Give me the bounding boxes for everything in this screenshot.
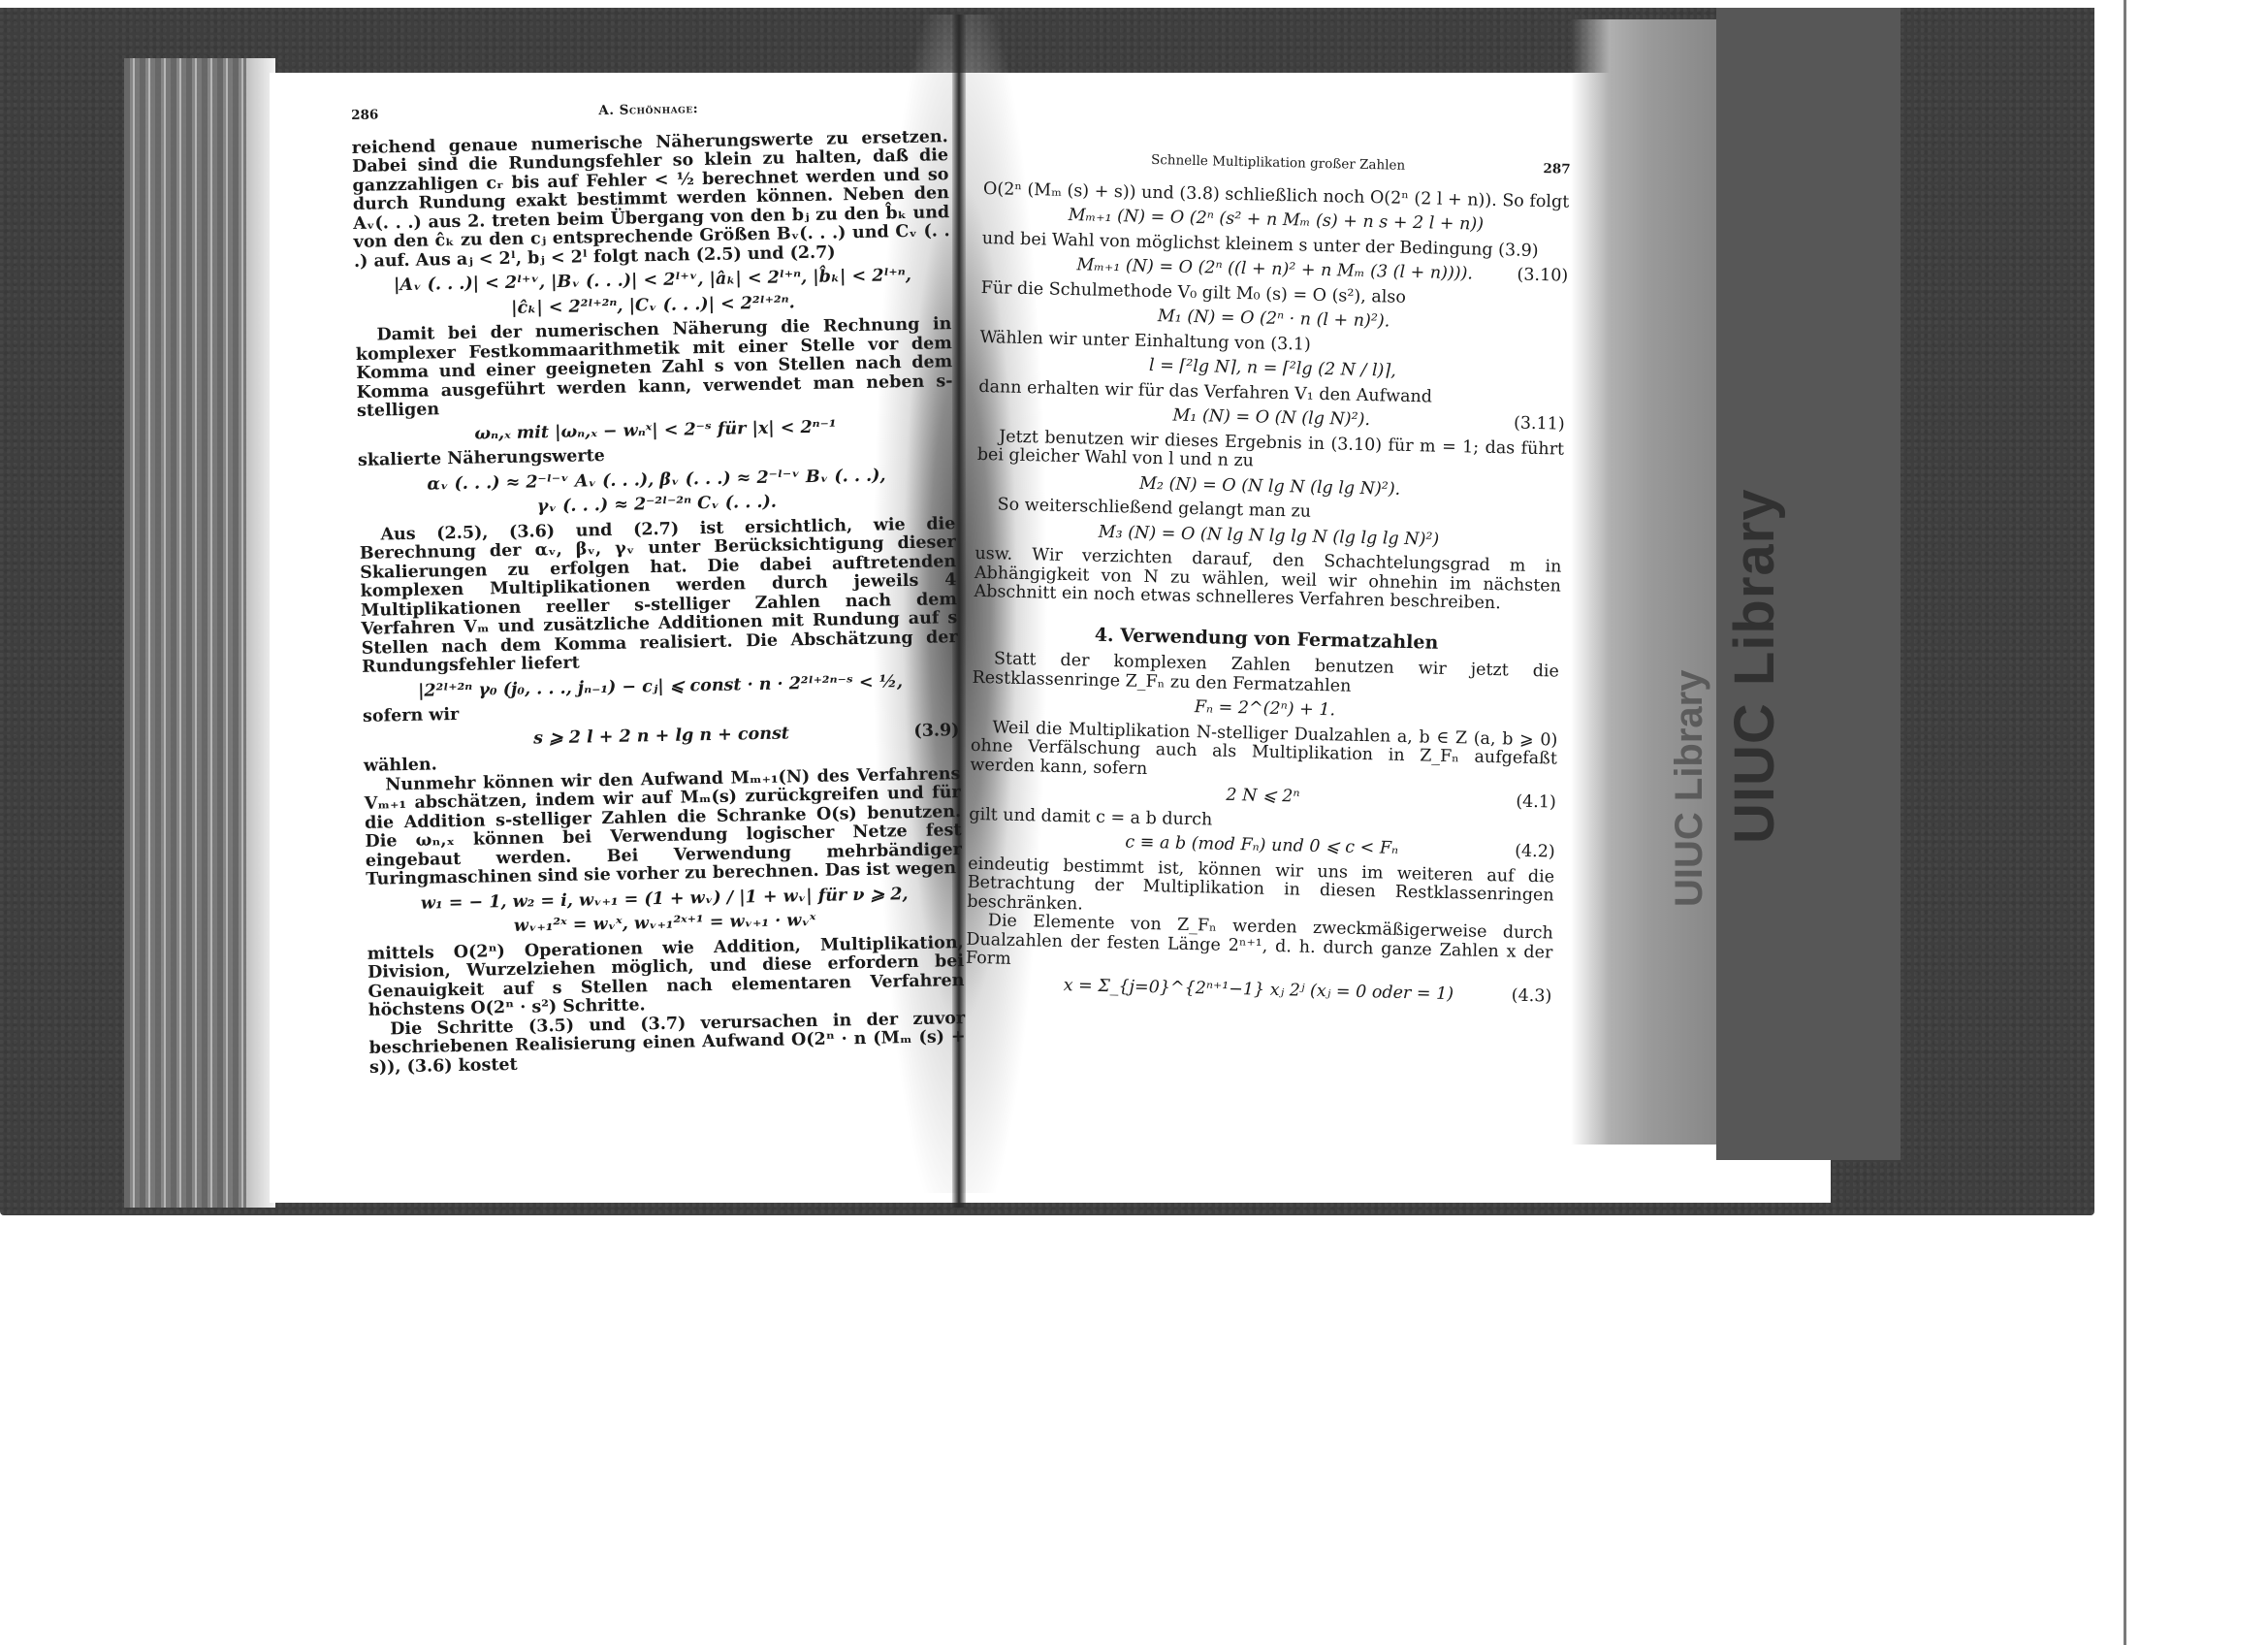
- paragraph: Nunmehr können wir den Aufwand Mₘ₊₁(N) d…: [364, 765, 962, 890]
- page-number: 286: [351, 106, 379, 125]
- paragraph: reichend genaue numerische Näherungswert…: [352, 128, 951, 272]
- equation-number: (3.11): [1514, 414, 1565, 435]
- left-page-text: 286 A. Schönhage: reichend genaue numeri…: [351, 95, 966, 1078]
- equation-text: M₁ (N) = O (N (lg N)²).: [1172, 406, 1370, 430]
- paragraph: Die Elemente von Z_Fₙ werden zweckmäßige…: [966, 912, 1553, 982]
- equation-text: |Aᵥ (. . .)| < 2ˡ⁺ᵛ, |Bᵥ (. . .)| < 2ˡ⁺ᵛ…: [394, 267, 911, 296]
- right-body: O(2ⁿ (Mₘ (s) + s)) und (3.8) schließlich…: [965, 179, 1570, 1006]
- equation-text: M₁ (N) = O (2ⁿ · n (l + n)²).: [1158, 307, 1390, 332]
- equation-text: γᵥ (. . .) ≈ 2⁻²ˡ⁻²ⁿ Cᵥ (. . .).: [537, 494, 777, 517]
- equation-text: w₁ = − 1, w₂ = i, wᵥ₊₁ = (1 + wᵥ) / |1 +…: [421, 886, 909, 914]
- equation-text: 2 N ⩽ 2ⁿ: [1226, 787, 1299, 807]
- equation-number: (3.9): [913, 722, 959, 741]
- equation-text: x = Σ_{j=0}^{2ⁿ⁺¹−1} xⱼ 2ʲ (xⱼ = 0 oder …: [1063, 977, 1453, 1005]
- page-number: 287: [1543, 160, 1571, 179]
- equation-text: M₃ (N) = O (N lg N lg lg N (lg lg lg N)²…: [1098, 523, 1439, 549]
- equation-number: (4.2): [1515, 843, 1555, 862]
- page-edges-left: [124, 58, 270, 1208]
- equation-text: s ⩾ 2 l + 2 n + lg n + const: [533, 725, 789, 749]
- equation-text: ωₙ,ₓ mit |ωₙ,ₓ − wₙˣ| < 2⁻ˢ für |x| < 2ⁿ…: [474, 418, 837, 444]
- equation-number: (3.10): [1517, 267, 1568, 287]
- equation-text: l = ⌈²lg N⌉, n = ⌈²lg (2 N / l)⌉,: [1149, 357, 1396, 381]
- paragraph: Aus (2.5), (3.6) und (2.7) ist ersichtli…: [359, 515, 958, 678]
- equation-number: (4.3): [1512, 986, 1552, 1006]
- equation-text: M₂ (N) = O (N lg N (lg lg N)²).: [1139, 474, 1401, 500]
- library-stamp-ghost: UIUC Library: [1668, 670, 1711, 908]
- scan-edge-line: [2124, 0, 2126, 1645]
- paragraph: mittels O(2ⁿ) Operationen wie Addition, …: [367, 934, 965, 1021]
- paragraph: Die Schritte (3.5) und (3.7) verursachen…: [368, 1010, 966, 1078]
- right-page-text: Schnelle Multiplikation großer Zahlen 28…: [965, 147, 1571, 1012]
- equation-text: αᵥ (. . .) ≈ 2⁻ˡ⁻ᵛ Aᵥ (. . .), βᵥ (. . .…: [427, 467, 885, 495]
- equation-text: Mₘ₊₁ (N) = O (2ⁿ ((l + n)² + n Mₘ (3 (l …: [1076, 256, 1473, 284]
- paragraph: Damit bei der numerischen Näherung die R…: [355, 315, 953, 421]
- paragraph: Jetzt benutzen wir dieses Ergebnis in (3…: [977, 427, 1565, 478]
- equation-number: (4.1): [1516, 793, 1556, 813]
- paragraph: Statt der komplexen Zahlen benutzen wir …: [972, 650, 1559, 701]
- equation-text: c ≡ a b (mod Fₙ) und 0 ⩽ c < Fₙ: [1125, 833, 1398, 858]
- author-head: A. Schönhage:: [598, 100, 698, 120]
- equation-text: |2²ˡ⁺²ⁿ γ₀ (j₀, . . ., jₙ₋₁) − cⱼ| ⩽ con…: [418, 673, 903, 701]
- paragraph: Weil die Multiplikation N-stelliger Dual…: [970, 718, 1557, 788]
- left-body: reichend genaue numerische Näherungswert…: [352, 128, 966, 1078]
- library-stamp: UIUC Library: [1726, 488, 1784, 844]
- equation-text: |ĉₖ| < 2²ˡ⁺²ⁿ, |Cᵥ (. . .)| < 2²ˡ⁺²ⁿ.: [511, 294, 795, 318]
- equation-text: Fₙ = 2^(2ⁿ) + 1.: [1195, 698, 1336, 721]
- equation-text: wᵥ₊₁²ˣ = wᵥˣ, wᵥ₊₁²ˣ⁺¹ = wᵥ₊₁ · wᵥˣ: [514, 912, 816, 936]
- paragraph: usw. Wir verzichten darauf, den Schachte…: [974, 545, 1561, 615]
- equation-text: Mₘ₊₁ (N) = O (2ⁿ (s² + n Mₘ (s) + n s + …: [1068, 207, 1484, 235]
